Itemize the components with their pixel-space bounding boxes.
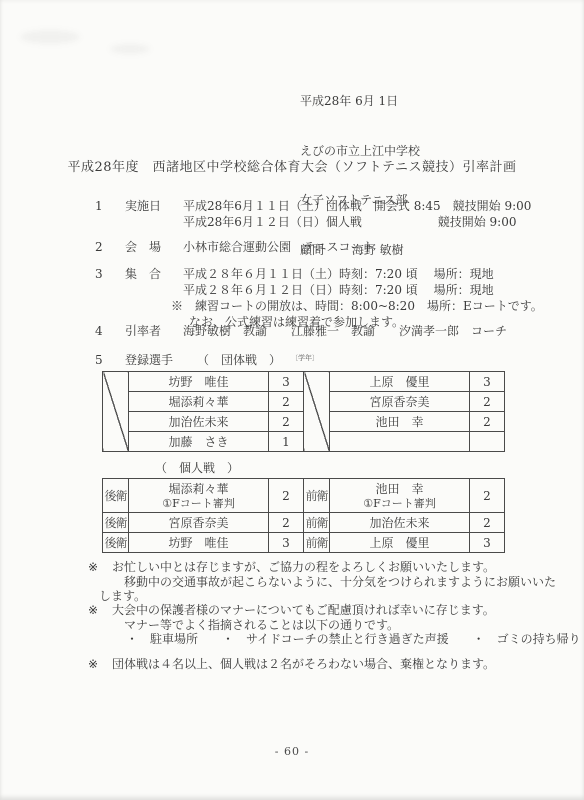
player-grade: 3 [470, 372, 505, 392]
player-name: 宮原香奈美 [129, 513, 269, 533]
position-marker: 前衛 [304, 479, 330, 513]
item-number: 3 [95, 266, 125, 330]
item-registered-players: 5 登録選手 （ 団体戦 ） 〔学年〕 [95, 352, 319, 368]
note-manners: ※ 大会中の保護者様のマナーについてもご配慮頂ければ幸いに存じます。マナー等でよ… [88, 603, 581, 647]
player-grade: 1 [269, 432, 304, 452]
date-line-1: 平成28年6月１１日（土）団体戦 開会式 8:45 競技開始 9:00 [183, 198, 531, 214]
grade-annotation: 〔学年〕 [291, 350, 319, 366]
individual-table-row: 後衛 堀添莉々華①Fコート審判 2 前衛 池田 幸①Fコート審判 2 [103, 479, 505, 513]
note-line: 大会中の保護者様のマナーについてもご配慮頂ければ幸いに存じます。 [112, 603, 581, 618]
team-table: 坊野 唯佳 3 上原 優里 3 堀添莉々華 2 宮原香奈美 2 加治佐未来 2 … [102, 371, 505, 452]
item-chaperones: 4 引率者 海野敏樹 教諭 江藤雅一 教諭 汐満孝一郎 コーチ [95, 323, 507, 339]
player-name: 坊野 唯佳 [129, 533, 269, 553]
scan-artifact [110, 44, 150, 54]
position-marker: 前衛 [304, 533, 330, 553]
position-marker: 後衛 [103, 533, 129, 553]
individual-section-label: （ 個人戦 ） [155, 459, 239, 476]
date-line-2: 平成28年6月１２日（日）個人戦 競技開始 9:00 [183, 214, 531, 230]
item-label: 実施日 [125, 198, 183, 230]
position-marker: 前衛 [304, 513, 330, 533]
referee-assignment: ①Fコート審判 [129, 497, 268, 510]
team-section-label: （ 団体戦 ） [197, 352, 281, 368]
note-line: マナー等でよく指摘されることは以下の通りです。 [124, 618, 581, 633]
item-number: 2 [95, 239, 125, 255]
player-name: 堀添莉々華 [129, 482, 268, 497]
player-name: 池田 幸 [330, 412, 470, 432]
item-label: 引率者 [125, 323, 183, 339]
scanned-document-page: 平成28年 6月 1日 えびの市立上江中学校 女子ソフトテニス部 顧問 海野 敏… [0, 0, 584, 800]
venue-text: 小林市総合運動公園 テニスコート [183, 239, 375, 255]
practice-court-note: ※ 練習コートの開放は、時間：8:00~8:20 場所：Eコートです。 [171, 298, 543, 314]
item-label: 会 場 [125, 239, 183, 255]
player-grade: 2 [470, 412, 505, 432]
note-mark: ※ [88, 657, 112, 672]
meeting-line-1: 平成２８年６月１１日（土）時刻：7:20 頃 場所：現地 [183, 266, 543, 282]
scan-artifact [20, 30, 80, 44]
page-number: - 60 - [0, 745, 584, 758]
player-name: 坊野 唯佳 [129, 372, 269, 392]
player-name-cell: 堀添莉々華①Fコート審判 [129, 479, 269, 513]
player-name-cell: 池田 幸①Fコート審判 [330, 479, 470, 513]
note-line: 移動中の交通事故が起こらないように、十分気をつけられますようにお願いいた [124, 575, 556, 590]
header-date: 平成28年 6月 1日 [300, 93, 420, 110]
note-line: お忙しい中とは存じますが、ご協力の程をよろしくお願いいたします。 [112, 560, 556, 575]
player-name: 池田 幸 [330, 482, 469, 497]
item-meeting: 3 集 合 平成２８年６月１１日（土）時刻：7:20 頃 場所：現地平成２８年６… [95, 266, 543, 330]
player-grade: 2 [269, 412, 304, 432]
player-name: 上原 優里 [330, 533, 470, 553]
player-grade: 3 [470, 533, 505, 553]
note-line: ・ 駐車場所 ・ サイドコーチの禁止と行き過ぎた声援 ・ ゴミの持ち帰り [126, 632, 581, 647]
meeting-line-2: 平成２８年６月１２日（日）時刻：7:20 頃 場所：現地 [183, 282, 543, 298]
item-implementation-date: 1 実施日 平成28年6月１１日（土）団体戦 開会式 8:45 競技開始 9:0… [95, 198, 531, 230]
item-label: 登録選手 [125, 352, 183, 368]
individual-table-row: 後衛 宮原香奈美 2 前衛 加治佐未来 2 [103, 513, 505, 533]
player-grade: 2 [470, 513, 505, 533]
item-number: 4 [95, 323, 125, 339]
player-name: 加藤 さき [129, 432, 269, 452]
player-name [330, 432, 470, 452]
player-name: 堀添莉々華 [129, 392, 269, 412]
item-venue: 2 会 場 小林市総合運動公園 テニスコート [95, 239, 375, 255]
player-name: 宮原香奈美 [330, 392, 470, 412]
note-line: 団体戦は４名以上、個人戦は２名がそろわない場合、棄権となります。 [112, 657, 495, 672]
diagonal-strike-cell [304, 372, 330, 452]
individual-table-row: 後衛 坊野 唯佳 3 前衛 上原 優里 3 [103, 533, 505, 553]
player-grade: 3 [269, 533, 304, 553]
player-grade: 2 [470, 479, 505, 513]
player-grade: 2 [269, 479, 304, 513]
note-cooperation: ※ お忙しい中とは存じますが、ご協力の程をよろしくお願いいたします。移動中の交通… [88, 560, 556, 604]
referee-assignment: ①Fコート審判 [330, 497, 469, 510]
position-marker: 後衛 [103, 479, 129, 513]
player-grade: 2 [470, 392, 505, 412]
diagonal-strike-cell [103, 372, 129, 452]
document-header: 平成28年 6月 1日 えびの市立上江中学校 女子ソフトテニス部 顧問 海野 敏… [300, 60, 420, 291]
player-name: 加治佐未来 [330, 513, 470, 533]
player-name: 加治佐未来 [129, 412, 269, 432]
player-name: 上原 優里 [330, 372, 470, 392]
individual-table: 後衛 堀添莉々華①Fコート審判 2 前衛 池田 幸①Fコート審判 2 後衛 宮原… [102, 478, 505, 553]
player-grade: 3 [269, 372, 304, 392]
note-line: します。 [99, 589, 556, 604]
note-forfeit: ※ 団体戦は４名以上、個人戦は２名がそろわない場合、棄権となります。 [88, 657, 495, 672]
position-marker: 後衛 [103, 513, 129, 533]
document-title: 平成28年度 西諸地区中学校総合体育大会（ソフトテニス競技）引率計画 [0, 156, 584, 175]
player-grade: 2 [269, 392, 304, 412]
item-number: 1 [95, 198, 125, 230]
team-table-row: 坊野 唯佳 3 上原 優里 3 [103, 372, 505, 392]
player-grade [470, 432, 505, 452]
chaperones-text: 海野敏樹 教諭 江藤雅一 教諭 汐満孝一郎 コーチ [183, 323, 507, 339]
note-mark: ※ [88, 603, 112, 647]
player-grade: 2 [269, 513, 304, 533]
item-number: 5 [95, 352, 125, 368]
